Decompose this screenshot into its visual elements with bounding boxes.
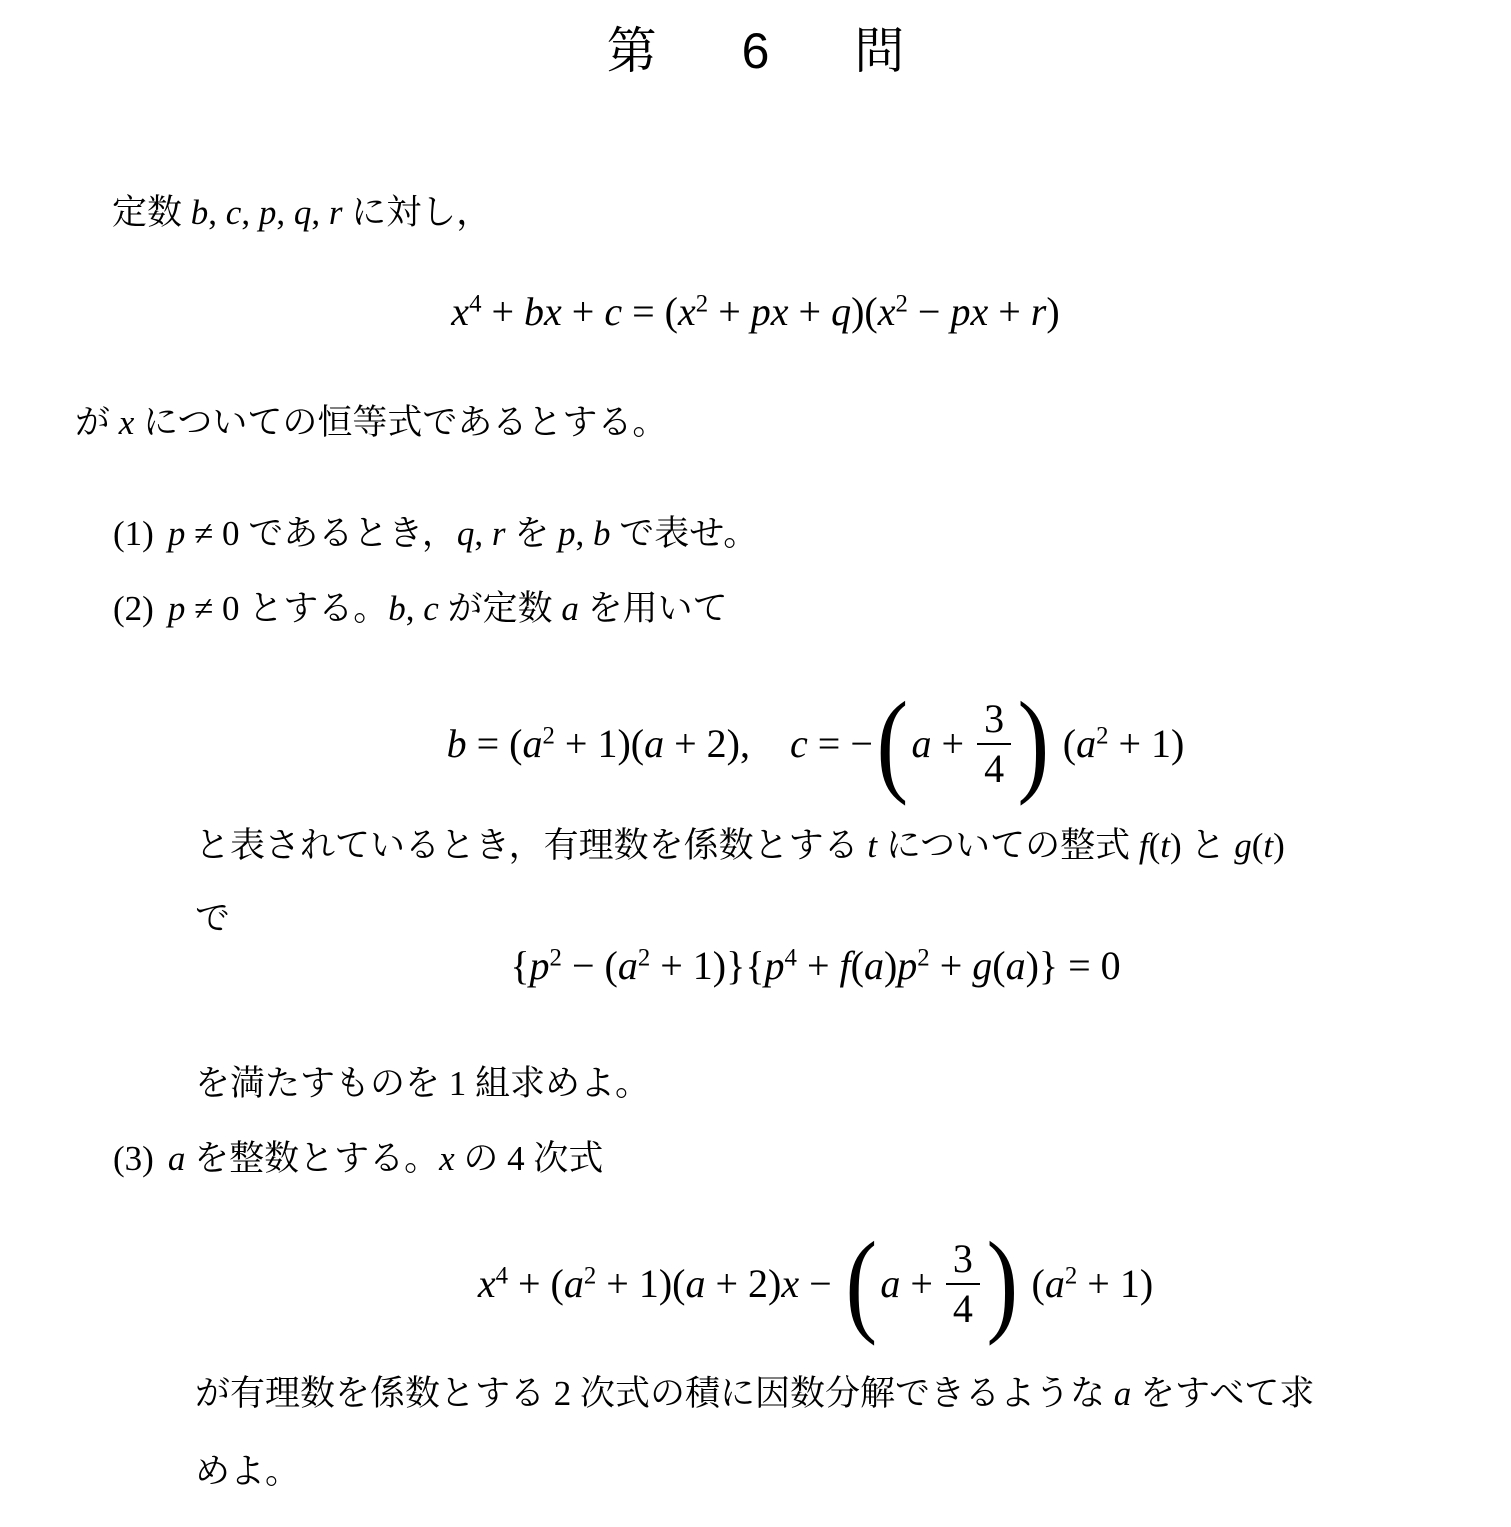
question-2-number: (2) — [113, 586, 154, 632]
question-3-text: a を整数とする。x の 4 次式 — [168, 1139, 604, 1178]
question-2: (2)p ≠ 0 とする。b, c が定数 a を用いて — [113, 586, 728, 632]
question-3-number: (3) — [113, 1136, 154, 1182]
question-1-number: (1) — [113, 511, 154, 557]
question-1-text: p ≠ 0 であるとき，q, r を p, b で表せ。 — [168, 514, 758, 553]
question-2-continuation: と表されているとき，有理数を係数とする t についての整式 f(t) と g(t… — [195, 823, 1285, 869]
formula-p-f-g: {p2 − (a2 + 1)}{p4 + f(a)p2 + g(a)} = 0 — [120, 942, 1511, 990]
formula-identity: x4 + bx + c = (x2 + px + q)(x2 − px + r) — [0, 288, 1511, 336]
identity-note-line: が x についての恒等式であるとする。 — [75, 400, 667, 446]
question-2-continuation: で — [195, 896, 230, 942]
question-1: (1)p ≠ 0 であるとき，q, r を p, b で表せ。 — [113, 511, 758, 557]
question-3-continuation: めよ。 — [195, 1449, 300, 1495]
title-part: 6 — [742, 24, 770, 79]
question-3: (3)a を整数とする。x の 4 次式 — [113, 1136, 603, 1182]
title-part: 問 — [854, 24, 904, 79]
formula-b-c: b = (a2 + 1)(a + 2), c = −(a + 34) (a2 +… — [120, 702, 1511, 794]
question-3-continuation: が有理数を係数とする 2 次式の積に因数分解できるような a をすべて求 — [195, 1371, 1314, 1417]
page-title: 第 6 問 — [0, 24, 1511, 79]
question-2-text: p ≠ 0 とする。b, c が定数 a を用いて — [168, 589, 728, 628]
fraction: 34 — [946, 1238, 980, 1330]
question-2-continuation: を満たすものを 1 組求めよ。 — [195, 1061, 650, 1107]
exam-page: 第 6 問 定数 b, c, p, q, r に対し， x4 + bx + c … — [0, 0, 1511, 1527]
title-part: 第 — [607, 24, 657, 79]
formula-quartic: x4 + (a2 + 1)(a + 2)x − (a + 34) (a2 + 1… — [120, 1242, 1511, 1334]
fraction: 34 — [977, 698, 1011, 790]
intro-line: 定数 b, c, p, q, r に対し， — [112, 190, 491, 236]
